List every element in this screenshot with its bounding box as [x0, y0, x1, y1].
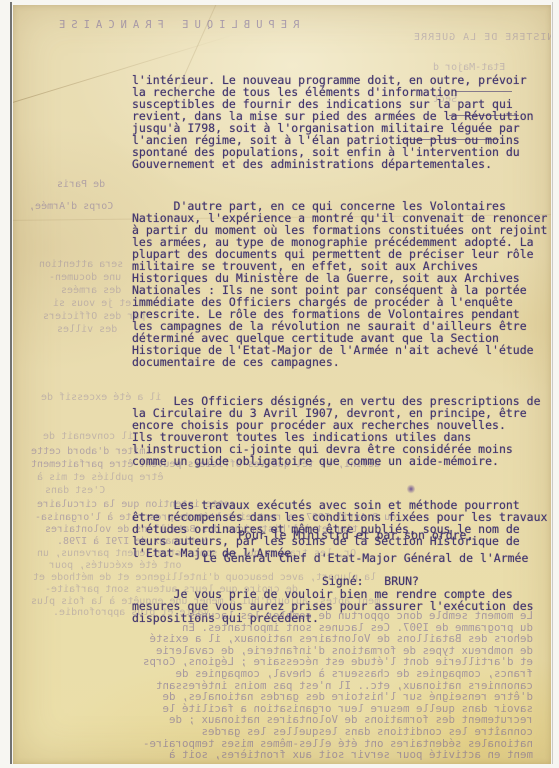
scanned-document-page: { "document": { "body": { "paragraphs": …	[0, 0, 559, 768]
typed-underline	[401, 139, 499, 140]
bleedthrough-fragment: par des Officiers	[43, 311, 145, 322]
bleedthrough-fragment: il convenait de	[43, 431, 133, 442]
bleedthrough-fragment: C'est dans	[45, 485, 105, 496]
bleedthrough-fragment: des villes	[57, 324, 117, 335]
bleedthrough-header-ministere: MINISTERE DE LA GUERRE	[413, 32, 551, 43]
bleedthrough-fragment: Corps d'Armée,	[29, 201, 113, 212]
bleedthrough-fragment: de Paris	[57, 179, 105, 190]
paragraph: D'autre part, en ce qui concerne les Vol…	[132, 200, 547, 368]
bleedthrough-fragment: une documen-	[49, 272, 121, 283]
bleedthrough-fragment: sera attention	[39, 259, 123, 270]
bleedthrough-fragment: des armées	[61, 285, 121, 296]
paragraph: Les Officiers désignés, en vertu des pre…	[132, 395, 547, 467]
scanner-edge-shadow-right	[552, 2, 553, 764]
closing-signature: Signé: BRUN?	[322, 574, 419, 588]
scanner-edge-shadow-left	[10, 2, 12, 764]
bleedthrough-bottom-paragraph: Le moment semble donc opportun de comble…	[28, 610, 533, 761]
aged-paper-sheet: REPUBLIQUE FRANCAISE MINISTERE DE LA GUE…	[13, 5, 551, 764]
typed-underline	[455, 91, 512, 92]
closing-title: Le Général Chef d'Etat-Major Général de …	[203, 551, 528, 565]
closing-by-order: Pour le Ministrd et par son ordre,	[238, 528, 473, 542]
typed-underline	[449, 115, 519, 116]
bleedthrough-header-republique: REPUBLIQUE FRANCAISE	[53, 20, 299, 31]
paragraph: l'intérieur. Le nouveau programme doit, …	[132, 74, 547, 170]
bleedthrough-fragment: et je vous si	[53, 298, 131, 309]
ink-blot	[407, 484, 415, 494]
